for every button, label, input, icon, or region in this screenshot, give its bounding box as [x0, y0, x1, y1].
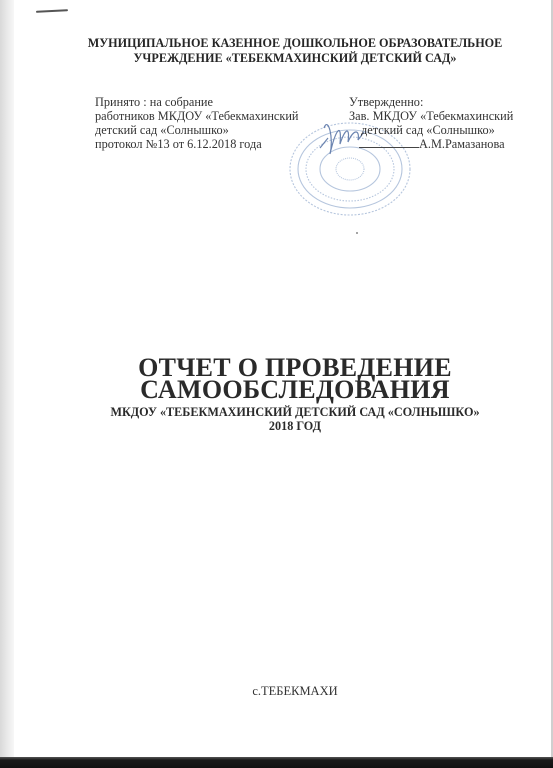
header-line-2: УЧРЕЖДЕНИЕ «ТЕБЕКМАХИНСКИЙ ДЕТСКИЙ САД» — [60, 51, 530, 66]
location: с.ТЕБЕКМАХИ — [60, 684, 530, 699]
institution-header: МУНИЦИПАЛЬНОЕ КАЗЕННОЕ ДОШКОЛЬНОЕ ОБРАЗО… — [60, 36, 530, 66]
approved-line-1: Утвержденно: — [349, 95, 513, 109]
signatory-name: А.М.Рамазанова — [419, 137, 505, 151]
title-line-2: САМООБСЛЕДОВАНИЯ — [40, 379, 550, 401]
accepted-line-1: Принято : на собрание — [95, 95, 299, 109]
scan-edge-bottom — [0, 757, 553, 768]
accepted-line-2: работников МКДОУ «Тебекмахинский — [95, 109, 299, 123]
document-subtitle: МКДОУ «ТЕБЕКМАХИНСКИЙ ДЕТСКИЙ САД «СОЛНЫ… — [40, 405, 550, 433]
approved-block: Утвержденно: Зав. МКДОУ «Тебекмахинский … — [349, 95, 513, 151]
accepted-line-3: детский сад «Солнышко» — [95, 123, 299, 137]
approved-line-2: Зав. МКДОУ «Тебекмахинский — [349, 109, 513, 123]
scan-edge-left — [0, 0, 14, 757]
signature-row: А.М.Рамазанова — [349, 137, 513, 151]
accepted-line-4: протокол №13 от 6.12.2018 года — [95, 137, 299, 151]
signature-line — [359, 137, 419, 148]
pen-mark — [36, 9, 68, 13]
accepted-block: Принято : на собрание работников МКДОУ «… — [95, 95, 299, 151]
document-title: ОТЧЕТ О ПРОВЕДЕНИЕ САМООБСЛЕДОВАНИЯ — [40, 357, 550, 401]
approved-line-3: детский сад «Солнышко» — [349, 123, 513, 137]
subtitle-line-2: 2018 ГОД — [40, 419, 550, 433]
subtitle-line-1: МКДОУ «ТЕБЕКМАХИНСКИЙ ДЕТСКИЙ САД «СОЛНЫ… — [40, 405, 550, 419]
header-line-1: МУНИЦИПАЛЬНОЕ КАЗЕННОЕ ДОШКОЛЬНОЕ ОБРАЗО… — [60, 36, 530, 51]
speck — [356, 232, 358, 234]
